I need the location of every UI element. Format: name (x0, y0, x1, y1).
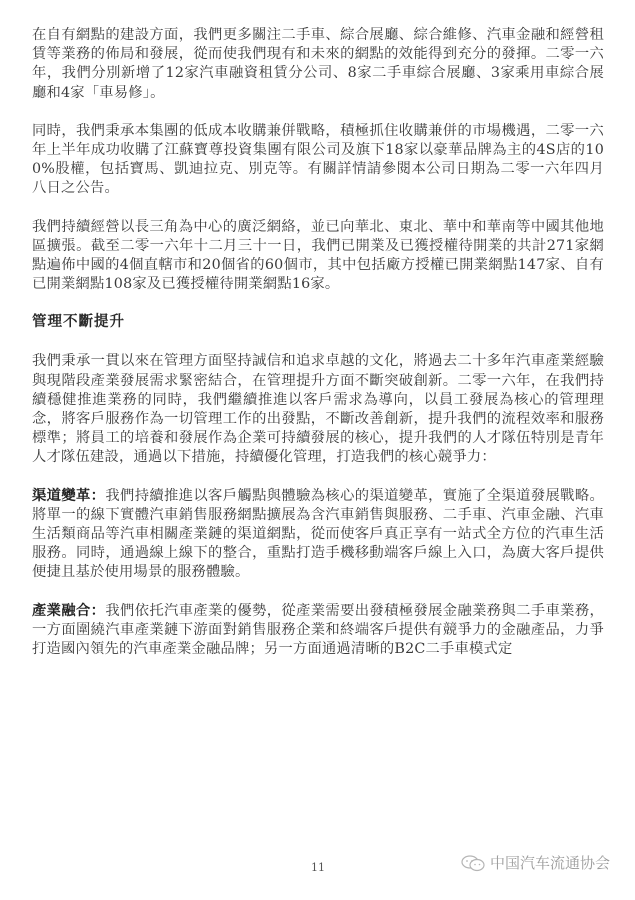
watermark-text: 中国汽车流通协会 (490, 852, 610, 873)
paragraph-industry-integration: 產業融合：我們依托汽車產業的優勢，從產業需要出發積極發展金融業務與二手車業務，一… (32, 602, 604, 660)
paragraph-channel-reform: 渠道變革：我們持續推進以客戶觸點與體驗為核心的渠道變革，實施了全渠道發展戰略。將… (32, 487, 604, 583)
section-heading: 管理不斷提升 (32, 313, 604, 332)
paragraph-management-intro: 我們秉承一貫以來在管理方面堅持誠信和追求卓越的文化，將過去二十多年汽車產業經驗與… (32, 352, 604, 467)
paragraph-network-coverage: 我們持續經營以長三角為中心的廣泛網絡，並已向華北、東北、華中和華南等中國其他地區… (32, 218, 604, 295)
item-lead-industry-integration: 產業融合： (32, 603, 105, 619)
item-lead-channel-reform: 渠道變革： (32, 488, 105, 504)
paragraph-acquisition: 同時，我們秉承本集團的低成本收購兼併戰略，積極抓住收購兼併的市場機遇，二零一六年… (32, 122, 604, 199)
watermark: 中国汽车流通协会 (460, 852, 610, 873)
page-number: 11 (311, 861, 325, 874)
document-page: 在自有網點的建設方面，我們更多關注二手車、綜合展廳、綜合維修、汽車金融和經營租賃… (32, 26, 604, 678)
item-text-industry-integration: 我們依托汽車產業的優勢，從產業需要出發積極發展金融業務與二手車業務，一方面圍繞汽… (32, 603, 604, 657)
item-text-channel-reform: 我們持續推進以客戶觸點與體驗為核心的渠道變革，實施了全渠道發展戰略。將單一的線下… (32, 488, 604, 581)
paragraph-network-construction: 在自有網點的建設方面，我們更多關注二手車、綜合展廳、綜合維修、汽車金融和經營租賃… (32, 26, 604, 103)
wechat-icon (460, 854, 486, 872)
